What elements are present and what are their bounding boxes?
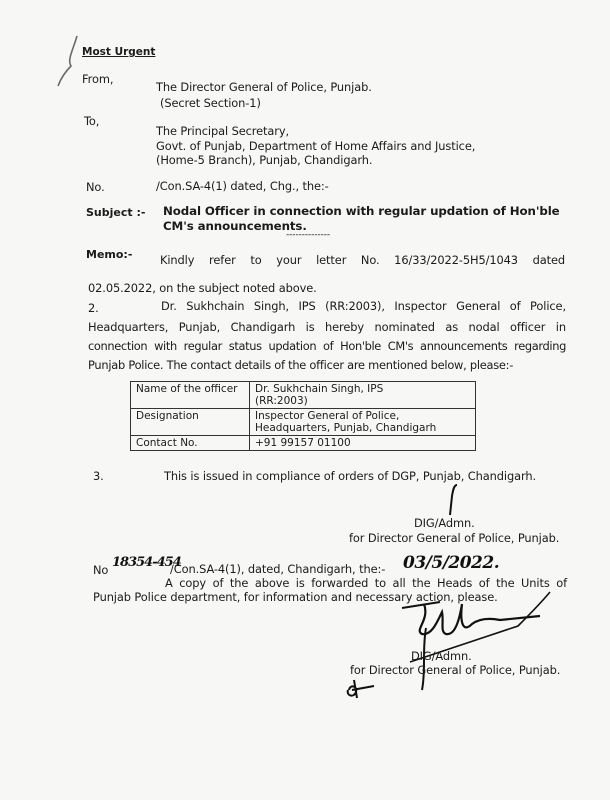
from-line: (Secret Section-1): [160, 96, 261, 110]
to-line: The Principal Secretary,: [156, 124, 289, 138]
cell-line: (RR:2003): [255, 395, 470, 407]
subject-label: Subject :-: [86, 206, 145, 219]
cell-line: +91 99157 01100: [255, 437, 470, 449]
endorsement-ref: /Con.SA-4(1), dated, Chandigarh, the:-: [170, 562, 385, 576]
initials-icon: [344, 676, 378, 700]
table-cell-label: Name of the officer: [131, 382, 250, 409]
table-row: Contact No. +91 99157 01100: [131, 436, 476, 451]
table-cell-value: Inspector General of Police, Headquarter…: [250, 409, 476, 436]
to-line: Govt. of Punjab, Department of Home Affa…: [156, 139, 475, 153]
signature-stroke-icon: [446, 482, 462, 518]
endorsement-line: A copy of the above is forwarded to all …: [165, 576, 567, 590]
table-cell-value: Dr. Sukhchain Singh, IPS (RR:2003): [250, 382, 476, 409]
table-cell-label: Designation: [131, 409, 250, 436]
endorsement-no-label: No: [93, 563, 108, 577]
para-number: 3.: [93, 469, 104, 483]
memo-para2-line: connection with regular status updation …: [88, 339, 566, 353]
para-number: 2.: [88, 301, 99, 315]
memo-para2-line: Headquarters, Punjab, Chandigarh is here…: [88, 320, 566, 334]
memo-para3: This is issued in compliance of orders o…: [164, 469, 536, 483]
signatory-title: DIG/Admn.: [414, 516, 475, 530]
memo-label: Memo:-: [86, 248, 132, 261]
from-label: From,: [82, 72, 113, 86]
subject-divider: --------------: [286, 230, 330, 240]
cell-line: Headquarters, Punjab, Chandigarh: [255, 422, 470, 434]
number-label: No.: [86, 180, 105, 194]
number-value: /Con.SA-4(1) dated, Chg., the:-: [156, 179, 329, 193]
memo-para2-line: Punjab Police. The contact details of th…: [88, 358, 513, 372]
table-cell-value: +91 99157 01100: [250, 436, 476, 451]
to-line: (Home-5 Branch), Punjab, Chandigarh.: [156, 153, 372, 167]
signature-icon: [400, 590, 580, 700]
table-cell-label: Contact No.: [131, 436, 250, 451]
subject-line: Nodal Officer in connection with regular…: [163, 204, 560, 218]
cell-line: Inspector General of Police,: [255, 410, 470, 422]
memo-para1-line: Kindly refer to your letter No. 16/33/20…: [160, 253, 565, 267]
memo-para1-line: 02.05.2022, on the subject noted above.: [88, 281, 317, 295]
officer-details-table: Name of the officer Dr. Sukhchain Singh,…: [130, 381, 476, 451]
letter-page: Most Urgent From, The Director General o…: [0, 0, 610, 800]
signatory-for: for Director General of Police, Punjab.: [350, 663, 560, 677]
signatory-title: DIG/Admn.: [411, 649, 472, 663]
margin-mark-icon: [55, 30, 85, 90]
to-label: To,: [84, 114, 99, 128]
signatory-for: for Director General of Police, Punjab.: [349, 531, 559, 545]
table-row: Designation Inspector General of Police,…: [131, 409, 476, 436]
cell-line: Dr. Sukhchain Singh, IPS: [255, 383, 470, 395]
priority-label: Most Urgent: [82, 46, 155, 58]
table-row: Name of the officer Dr. Sukhchain Singh,…: [131, 382, 476, 409]
from-line: The Director General of Police, Punjab.: [156, 80, 372, 94]
handwritten-date: 03/5/2022.: [403, 553, 499, 573]
memo-para2-line: Dr. Sukhchain Singh, IPS (RR:2003), Insp…: [161, 299, 566, 313]
